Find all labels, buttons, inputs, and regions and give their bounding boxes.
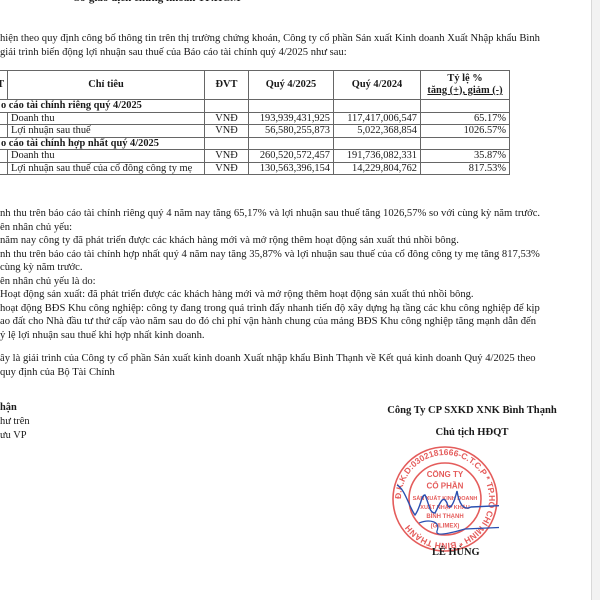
- body-line: năm nay công ty đã phát triển được các k…: [0, 234, 586, 248]
- svg-text:CỔ PHẦN: CỔ PHẦN: [427, 481, 464, 491]
- recipient-bullet-line: •Sở giao dịch chứng khoán TP.HCM: [26, 0, 241, 6]
- row-unit: VNĐ: [205, 125, 249, 138]
- section-row-consolidated: o cáo tài chính hợp nhất quý 4/2025: [0, 137, 510, 150]
- row-pct: 65.17%: [421, 112, 510, 125]
- table-row: Doanh thu VNĐ 260,520,572,457 191,736,08…: [0, 150, 510, 163]
- row-q4-2024: 117,417,006,547: [334, 112, 421, 125]
- section-title: o cáo tài chính riêng quý 4/2025: [0, 100, 205, 113]
- row-q4-2024: 14,229,804,762: [334, 162, 421, 175]
- svg-text:CÔNG TY: CÔNG TY: [427, 470, 464, 479]
- row-unit: VNĐ: [205, 150, 249, 163]
- row-indicator: Lợi nhuận sau thuế: [8, 125, 205, 138]
- recipients-block: hận hư trên ưu VP: [0, 401, 30, 443]
- section-title: o cáo tài chính hợp nhất quý 4/2025: [0, 137, 205, 150]
- row-q4-2025: 260,520,572,457: [249, 150, 334, 163]
- body-line: Hoạt động sản xuất: đã phát triển được c…: [0, 288, 586, 302]
- header-q4-2024: Quý 4/2024: [334, 71, 421, 100]
- header-pct-line1: Tỷ lệ %: [424, 73, 506, 85]
- row-pct: 35.87%: [421, 150, 510, 163]
- body-line: cùng kỳ năm trước.: [0, 261, 586, 275]
- header-unit: ĐVT: [205, 71, 249, 100]
- intro-line: hiện theo quy định công bố thông tin trê…: [0, 32, 586, 46]
- document-page: •Sở giao dịch chứng khoán TP.HCM hiện th…: [0, 0, 600, 600]
- signer-name: LÊ HÙNG: [432, 546, 480, 560]
- svg-text:(GILIMEX): (GILIMEX): [431, 524, 460, 530]
- body-line: ên nhân chủ yếu:: [0, 221, 586, 235]
- row-pct: 817.53%: [421, 162, 510, 175]
- row-unit: VNĐ: [205, 112, 249, 125]
- row-q4-2025: 130,563,396,154: [249, 162, 334, 175]
- row-indicator: Lợi nhuận sau thuế của cổ đông công ty m…: [8, 162, 205, 175]
- row-indicator: Doanh thu: [8, 150, 205, 163]
- exchange-name: Sở giao dịch chứng khoán TP.HCM: [74, 0, 241, 4]
- header-pct-line2: tăng (+), giảm (-): [424, 85, 506, 97]
- explanation-body: nh thu trên báo cáo tài chính riêng quý …: [0, 207, 586, 379]
- company-stamp-icon: Đ.K.K.D:0302181666-C.T.C.P * TP.HỒ CHÍ M…: [391, 445, 499, 553]
- row-pct: 1026.57%: [421, 125, 510, 138]
- page-edge-scrollbar[interactable]: [591, 0, 600, 600]
- body-line: nh thu trên báo cáo tài chính hợp nhất q…: [0, 248, 586, 262]
- row-unit: VNĐ: [205, 162, 249, 175]
- body-line: ao đất cho Nhà đầu tư thứ cấp vào năm sa…: [0, 315, 586, 329]
- closing-line: ây là giải trình của Công ty cổ phần Sản…: [0, 352, 586, 366]
- signer-position: Chủ tịch HĐQT: [374, 426, 570, 440]
- financial-table: T Chỉ tiêu ĐVT Quý 4/2025 Quý 4/2024 Tỷ …: [0, 70, 510, 175]
- header-stt: T: [0, 71, 8, 100]
- section-row-separate: o cáo tài chính riêng quý 4/2025: [0, 100, 510, 113]
- table-row: Lợi nhuận sau thuế của cổ đông công ty m…: [0, 162, 510, 175]
- recipients-heading: hận: [0, 401, 30, 415]
- header-pct-change: Tỷ lệ % tăng (+), giảm (-): [421, 71, 510, 100]
- body-line: ên nhân chủ yếu là do:: [0, 275, 586, 289]
- body-line: hoạt động BĐS Khu công nghiệp: công ty đ…: [0, 302, 586, 316]
- bullet-icon: •: [26, 0, 30, 6]
- intro-line: giải trình biến động lợi nhuận sau thuế …: [0, 46, 586, 60]
- body-line: ỷ lệ lợi nhuận sau thuế khi hợp nhất kin…: [0, 329, 586, 343]
- closing-line: quy định của Bộ Tài Chính: [0, 366, 586, 380]
- signing-company: Công Ty CP SXKD XNK Bình Thạnh: [374, 404, 570, 418]
- recipient-item: ưu VP: [0, 429, 30, 443]
- signature-block: Công Ty CP SXKD XNK Bình Thạnh Chủ tịch …: [374, 404, 570, 439]
- recipient-item: hư trên: [0, 415, 30, 429]
- table-row: Lợi nhuận sau thuế VNĐ 56,580,255,873 5,…: [0, 125, 510, 138]
- row-q4-2025: 193,939,431,925: [249, 112, 334, 125]
- header-indicator: Chỉ tiêu: [8, 71, 205, 100]
- row-indicator: Doanh thu: [8, 112, 205, 125]
- header-q4-2025: Quý 4/2025: [249, 71, 334, 100]
- row-q4-2024: 191,736,082,331: [334, 150, 421, 163]
- body-line: nh thu trên báo cáo tài chính riêng quý …: [0, 207, 586, 221]
- row-q4-2025: 56,580,255,873: [249, 125, 334, 138]
- table-header-row: T Chỉ tiêu ĐVT Quý 4/2025 Quý 4/2024 Tỷ …: [0, 71, 510, 100]
- svg-text:BÌNH THẠNH: BÌNH THẠNH: [426, 512, 463, 520]
- intro-paragraph: hiện theo quy định công bố thông tin trê…: [0, 32, 586, 59]
- row-q4-2024: 5,022,368,854: [334, 125, 421, 138]
- table-row: Doanh thu VNĐ 193,939,431,925 117,417,00…: [0, 112, 510, 125]
